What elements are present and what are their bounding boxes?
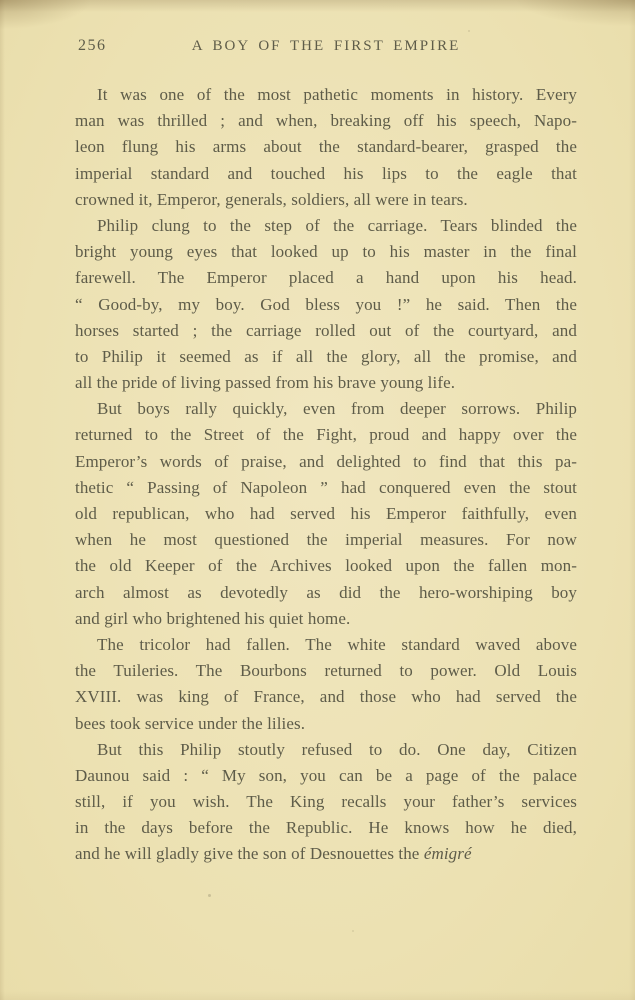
text-line: to Philip it seemed as if all the glory,… bbox=[75, 344, 577, 370]
book-page: 256 A BOY OF THE FIRST EMPIRE It was one… bbox=[0, 0, 635, 1000]
paragraph: But this Philip stoutly refused to do. O… bbox=[75, 737, 577, 868]
text-line: when he most questioned the imperial mea… bbox=[75, 527, 577, 553]
text-line: still, if you wish. The King recalls you… bbox=[75, 789, 577, 815]
text-line: the old Keeper of the Archives looked up… bbox=[75, 553, 577, 579]
text-line: farewell. The Emperor placed a hand upon… bbox=[75, 265, 577, 291]
text-line: But this Philip stoutly refused to do. O… bbox=[75, 737, 577, 763]
text-line: Emperor’s words of praise, and delighted… bbox=[75, 449, 577, 475]
text-line: XVIII. was king of France, and those who… bbox=[75, 684, 577, 710]
text-line: Daunou said : “ My son, you can be a pag… bbox=[75, 763, 577, 789]
paper-speck bbox=[468, 30, 470, 32]
text-line: horses started ; the carriage rolled out… bbox=[75, 318, 577, 344]
text-line: returned to the Street of the Fight, pro… bbox=[75, 422, 577, 448]
text-line: and he will gladly give the son of Desno… bbox=[75, 841, 577, 867]
text-line: It was one of the most pathetic moments … bbox=[75, 82, 577, 108]
paragraph: It was one of the most pathetic moments … bbox=[75, 82, 577, 213]
paragraph: But boys rally quickly, even from deeper… bbox=[75, 396, 577, 632]
text-line: crowned it, Emperor, generals, soldiers,… bbox=[75, 187, 577, 213]
italic-word: émigré bbox=[424, 844, 472, 863]
text-line: imperial standard and touched his lips t… bbox=[75, 161, 577, 187]
text-line: all the pride of living passed from his … bbox=[75, 370, 577, 396]
text-line: The tricolor had fallen. The white stand… bbox=[75, 632, 577, 658]
text-line: the Tuileries. The Bourbons returned to … bbox=[75, 658, 577, 684]
paragraph: The tricolor had fallen. The white stand… bbox=[75, 632, 577, 737]
text-line: thetic “ Passing of Napoleon ” had conqu… bbox=[75, 475, 577, 501]
paper-speck bbox=[352, 930, 354, 932]
text-line: But boys rally quickly, even from deeper… bbox=[75, 396, 577, 422]
text-line: man was thrilled ; and when, breaking of… bbox=[75, 108, 577, 134]
running-title: A BOY OF THE FIRST EMPIRE bbox=[75, 38, 577, 55]
page-text: It was one of the most pathetic moments … bbox=[75, 82, 577, 868]
text-line: and girl who brightened his quiet home. bbox=[75, 606, 577, 632]
paragraph: Philip clung to the step of the carriage… bbox=[75, 213, 577, 396]
text-line: old republican, who had served his Emper… bbox=[75, 501, 577, 527]
text-line: leon flung his arms about the standard-b… bbox=[75, 134, 577, 160]
text-line: bright young eyes that looked up to his … bbox=[75, 239, 577, 265]
text-line: Philip clung to the step of the carriage… bbox=[75, 213, 577, 239]
text-line: bees took service under the lilies. bbox=[75, 711, 577, 737]
text-line: arch almost as devotedly as did the hero… bbox=[75, 580, 577, 606]
paper-speck bbox=[208, 894, 211, 897]
text-line: “ Good-by, my boy. God bless you !” he s… bbox=[75, 292, 577, 318]
text-line: in the days before the Republic. He know… bbox=[75, 815, 577, 841]
